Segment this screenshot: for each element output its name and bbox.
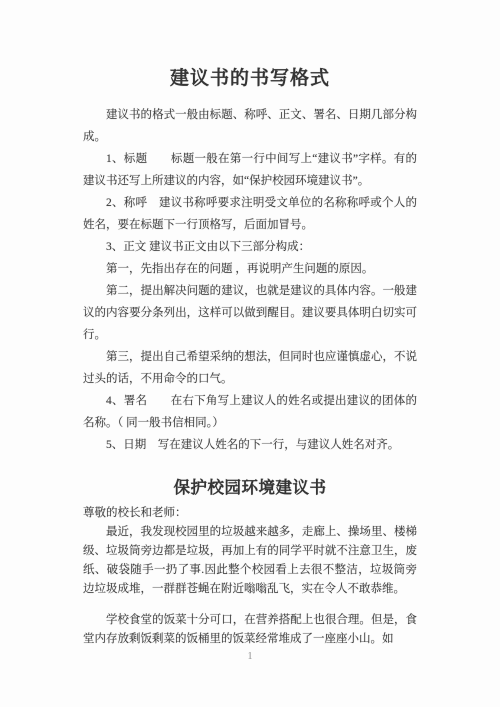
- format-paragraph: 第三，提出自己希望采纳的想法，但同时也应谨慎虚心，不说过头的话，不用命令的口气。: [83, 346, 417, 390]
- format-paragraph: 1、标题 标题一般在第一行中间写上“建议书”字样。有的建议书还写上所建议的内容，…: [83, 148, 417, 192]
- format-paragraph: 第一，先指出存在的问题 ，再说明产生问题的原因。: [83, 258, 417, 280]
- proposal-paragraph: 最近，我发现校园里的垃圾越来越多，走廊上、操场里、楼梯级、垃圾筒旁边都是垃圾，再…: [83, 523, 417, 599]
- format-paragraph: 5、日期 写在建议人姓名的下一行，与建议人姓名对齐。: [83, 434, 417, 456]
- format-paragraph: 4、署名 在右下角写上建议人的姓名或提出建议的团体的名称。（ 同一般书信相同。）: [83, 390, 417, 434]
- page-number: 1: [0, 651, 500, 663]
- format-paragraph: 3、正文 建议书正文由以下三部分构成：: [83, 236, 417, 258]
- proposal-salutation: 尊敬的校长和老师：: [83, 504, 417, 523]
- format-section-title: 建议书的书写格式: [83, 66, 417, 92]
- document-page: 建议书的书写格式 建议书的格式一般由标题、称呼、正文、署名、日期几部分构成。 1…: [0, 0, 500, 707]
- document-content: 建议书的书写格式 建议书的格式一般由标题、称呼、正文、署名、日期几部分构成。 1…: [0, 0, 500, 649]
- format-section: 建议书的书写格式 建议书的格式一般由标题、称呼、正文、署名、日期几部分构成。 1…: [83, 66, 417, 456]
- proposal-section-title: 保护校园环境建议书: [83, 476, 417, 500]
- proposal-paragraph: 学校食堂的饭菜十分可口，在营养搭配上也很合理。但是，食堂内存放剩饭剩菜的饭桶里的…: [83, 611, 417, 649]
- format-paragraph: 建议书的格式一般由标题、称呼、正文、署名、日期几部分构成。: [83, 104, 417, 148]
- format-paragraph: 2、称呼 建议书称呼要求注明受文单位的名称称呼或个人的姓名，要在标题下一行顶格写…: [83, 192, 417, 236]
- format-paragraph: 第二，提出解决问题的建议，也就是建议的具体内容。一般建议的内容要分条列出，这样可…: [83, 280, 417, 346]
- proposal-section: 保护校园环境建议书 尊敬的校长和老师： 最近，我发现校园里的垃圾越来越多，走廊上…: [83, 476, 417, 649]
